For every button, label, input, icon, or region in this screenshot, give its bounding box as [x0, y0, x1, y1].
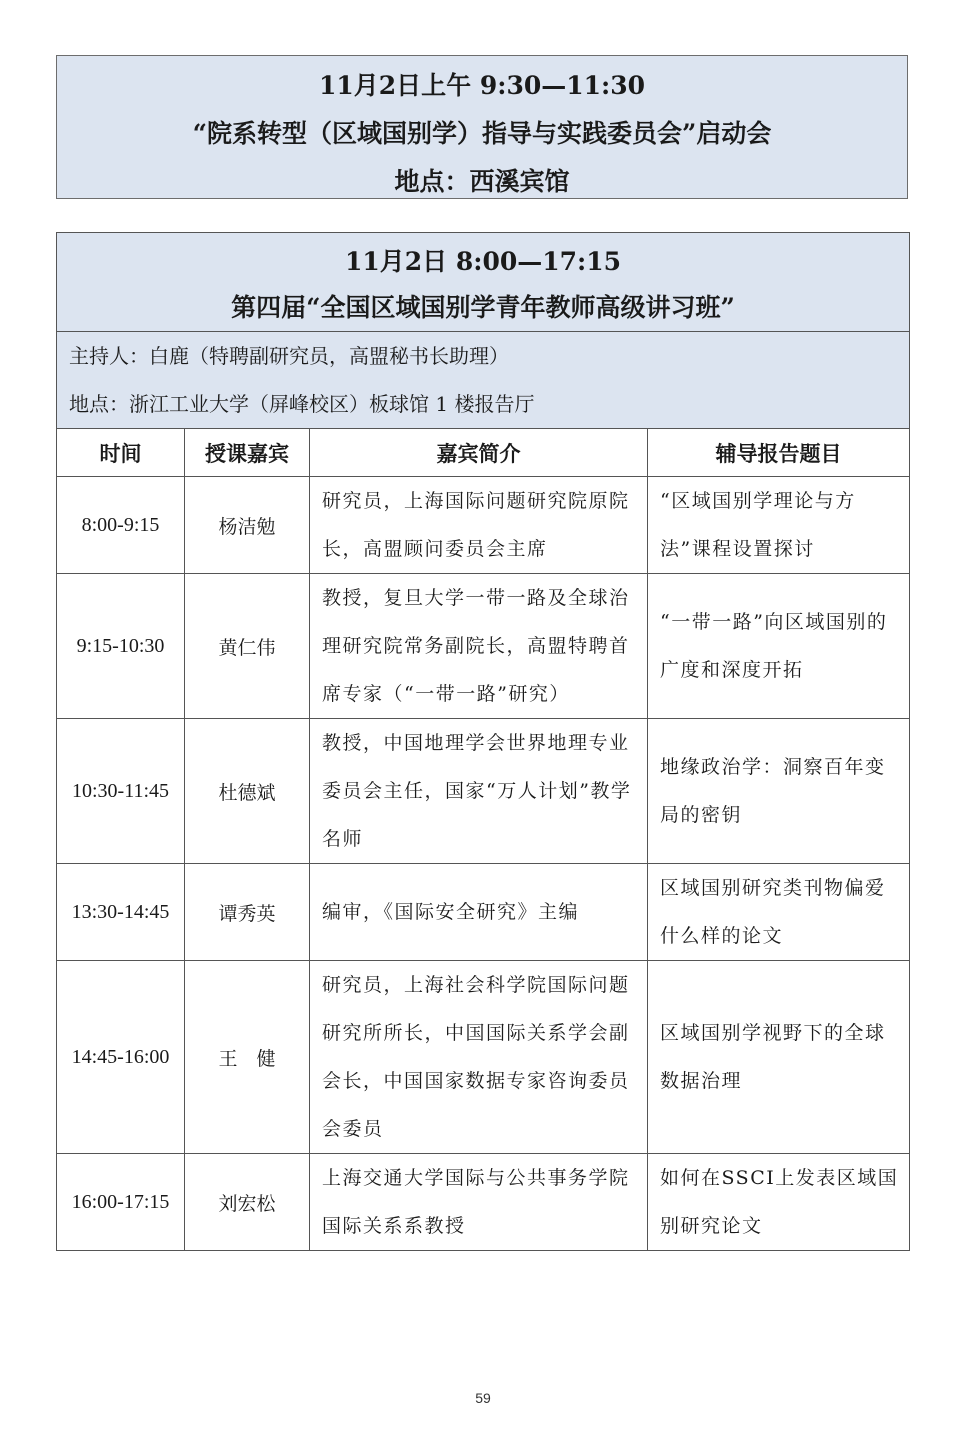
row-time: 16:00-17:15 [57, 1154, 185, 1251]
row-time: 14:45-16:00 [57, 961, 185, 1154]
row-time: 8:00-9:15 [57, 477, 185, 574]
session-1-location: 地点：西溪宾馆 [57, 158, 907, 206]
session-1-box: 11月2日上午 9:30—11:30 “院系转型（区域国别学）指导与实践委员会”… [56, 55, 908, 199]
row-speaker: 王 健 [185, 961, 310, 1154]
row-topic: 如何在SSCI上发表区域国别研究论文 [648, 1154, 910, 1251]
table-row: 16:00-17:15 刘宏松 上海交通大学国际与公共事务学院国际关系系教授 如… [57, 1154, 910, 1251]
session-2-location: 地点：浙江工业大学（屏峰校区）板球馆 1 楼报告厅 [69, 380, 909, 428]
session-2-header: 11月2日 8:00—17:15 第四届“全国区域国别学青年教师高级讲习班” [57, 233, 910, 332]
row-speaker: 黄仁伟 [185, 574, 310, 719]
col-header-speaker: 授课嘉宾 [185, 429, 310, 477]
col-header-topic: 辅导报告题目 [648, 429, 910, 477]
session-2-table-container: 11月2日 8:00—17:15 第四届“全国区域国别学青年教师高级讲习班” 主… [56, 232, 909, 1251]
table-row: 14:45-16:00 王 健 研究员，上海社会科学院国际问题研究所所长，中国国… [57, 961, 910, 1154]
row-bio: 教授，复旦大学一带一路及全球治理研究院常务副院长，高盟特聘首席专家（“一带一路”… [310, 574, 648, 719]
row-topic: 区域国别研究类刊物偏爱什么样的论文 [648, 864, 910, 961]
session-2-table: 11月2日 8:00—17:15 第四届“全国区域国别学青年教师高级讲习班” 主… [56, 232, 910, 1251]
session-1-title: “院系转型（区域国别学）指导与实践委员会”启动会 [57, 110, 907, 158]
row-time: 13:30-14:45 [57, 864, 185, 961]
col-header-bio: 嘉宾简介 [310, 429, 648, 477]
row-speaker: 刘宏松 [185, 1154, 310, 1251]
row-topic: “一带一路”向区域国别的广度和深度开拓 [648, 574, 910, 719]
table-row: 10:30-11:45 杜德斌 教授，中国地理学会世界地理专业委员会主任，国家“… [57, 719, 910, 864]
session-2-info: 主持人：白鹿（特聘副研究员，高盟秘书长助理） 地点：浙江工业大学（屏峰校区）板球… [57, 332, 910, 429]
table-header-row: 时间 授课嘉宾 嘉宾简介 辅导报告题目 [57, 429, 910, 477]
row-topic: “区域国别学理论与方法”课程设置探讨 [648, 477, 910, 574]
session-2-title: 第四届“全国区域国别学青年教师高级讲习班” [57, 285, 909, 331]
session-2-host: 主持人：白鹿（特聘副研究员，高盟秘书长助理） [69, 332, 909, 380]
col-header-time: 时间 [57, 429, 185, 477]
row-bio: 研究员，上海国际问题研究院原院长，高盟顾问委员会主席 [310, 477, 648, 574]
row-time: 10:30-11:45 [57, 719, 185, 864]
row-speaker: 杜德斌 [185, 719, 310, 864]
row-speaker: 杨洁勉 [185, 477, 310, 574]
table-row: 13:30-14:45 谭秀英 编审，《国际安全研究》主编 区域国别研究类刊物偏… [57, 864, 910, 961]
row-topic: 区域国别学视野下的全球数据治理 [648, 961, 910, 1154]
page-number: 59 [0, 1390, 966, 1406]
table-row: 9:15-10:30 黄仁伟 教授，复旦大学一带一路及全球治理研究院常务副院长，… [57, 574, 910, 719]
session-2-time: 11月2日 8:00—17:15 [57, 239, 909, 285]
row-bio: 编审，《国际安全研究》主编 [310, 864, 648, 961]
row-bio: 教授，中国地理学会世界地理专业委员会主任，国家“万人计划”教学名师 [310, 719, 648, 864]
row-bio: 研究员，上海社会科学院国际问题研究所所长，中国国际关系学会副会长，中国国家数据专… [310, 961, 648, 1154]
row-bio: 上海交通大学国际与公共事务学院国际关系系教授 [310, 1154, 648, 1251]
table-row: 8:00-9:15 杨洁勉 研究员，上海国际问题研究院原院长，高盟顾问委员会主席… [57, 477, 910, 574]
row-topic: 地缘政治学：洞察百年变局的密钥 [648, 719, 910, 864]
session-1-time: 11月2日上午 9:30—11:30 [57, 62, 907, 110]
row-speaker: 谭秀英 [185, 864, 310, 961]
row-time: 9:15-10:30 [57, 574, 185, 719]
